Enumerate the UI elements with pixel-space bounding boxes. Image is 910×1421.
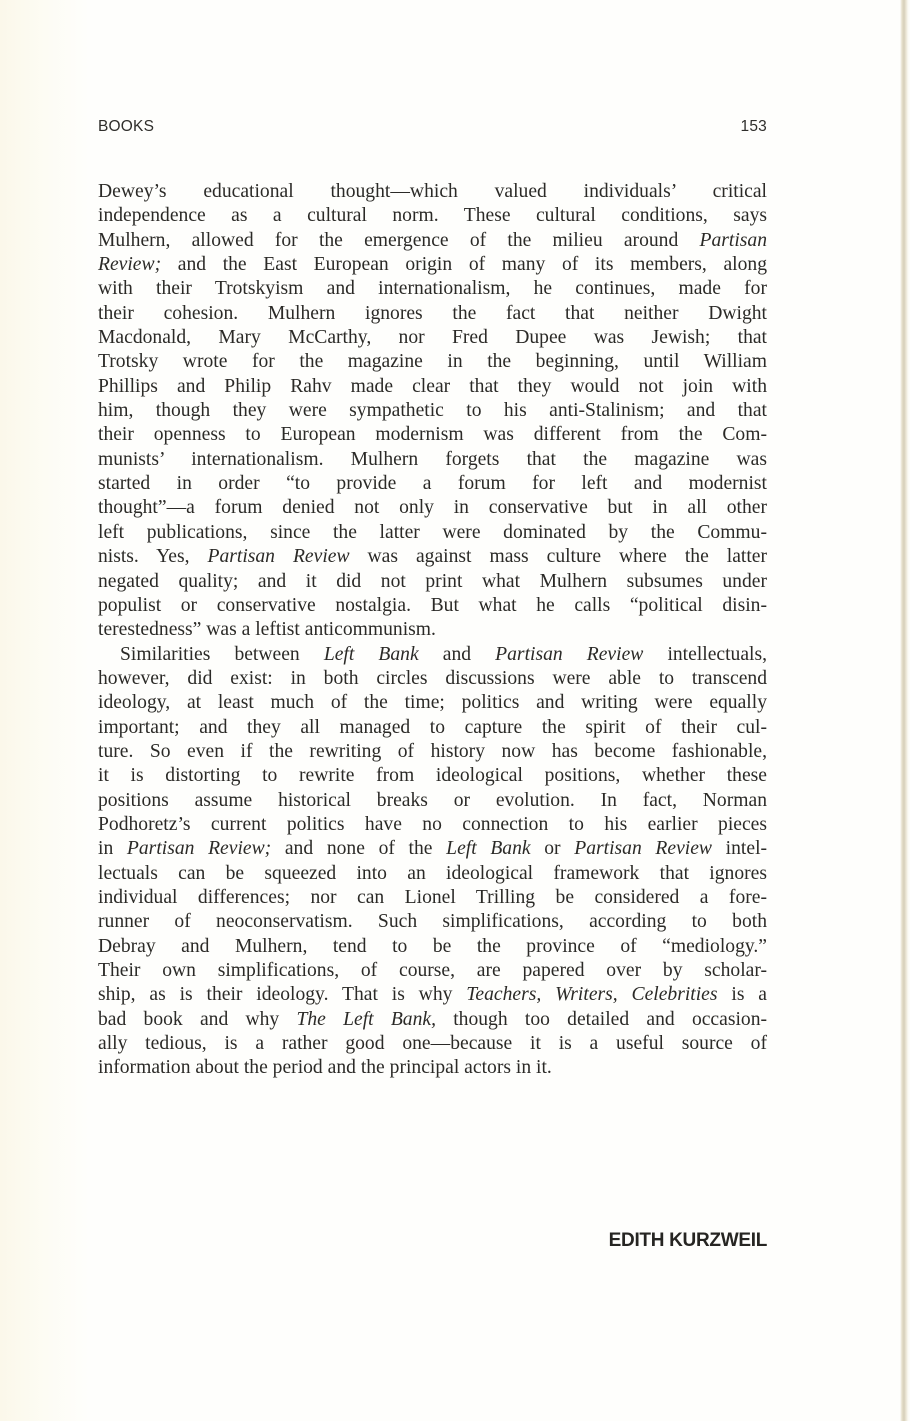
text-line: Their own simplifications, of course, ar…	[98, 959, 767, 983]
page-left-shading	[0, 0, 90, 1421]
italic-title: Partisan Review	[574, 838, 712, 859]
text-line: Debray and Mulhern, tend to be the provi…	[98, 935, 767, 959]
italic-title: Teachers, Writers, Celebrities	[466, 984, 717, 1005]
text-run: lectuals can be squeezed into an ideolog…	[98, 863, 767, 884]
text-run: left publications, since the latter were…	[98, 522, 767, 543]
text-line: Review; and the East European origin of …	[98, 253, 767, 277]
text-line: important; and they all managed to captu…	[98, 716, 767, 740]
text-line: him, though they were sympathetic to his…	[98, 399, 767, 423]
italic-title: Left Bank	[446, 838, 530, 859]
text-line: left publications, since the latter were…	[98, 521, 767, 545]
text-line: negated quality; and it did not print wh…	[98, 570, 767, 594]
text-line: independence as a cultural norm. These c…	[98, 204, 767, 228]
text-line: nists. Yes, Partisan Review was against …	[98, 545, 767, 569]
text-run: with their Trotskyism and internationali…	[98, 278, 767, 299]
text-run: Debray and Mulhern, tend to be the provi…	[98, 936, 767, 957]
section-title: BOOKS	[98, 118, 154, 136]
text-line: individual differences; nor can Lionel T…	[98, 886, 767, 910]
text-line: Phillips and Philip Rahv made clear that…	[98, 375, 767, 399]
text-line: Dewey’s educational thought—which valued…	[98, 180, 767, 204]
text-line: in Partisan Review; and none of the Left…	[98, 837, 767, 861]
text-run: in	[98, 838, 127, 859]
italic-title: Review;	[98, 254, 161, 275]
text-run: ideology, at least much of the time; pol…	[98, 692, 767, 713]
italic-title: Partisan Review;	[127, 838, 271, 859]
text-run: terestedness” was a leftist anticommunis…	[98, 619, 436, 640]
text-run: Trotsky wrote for the magazine in the be…	[98, 351, 767, 372]
book-binding-edge	[900, 0, 910, 1421]
text-run: positions assume historical breaks or ev…	[98, 790, 767, 811]
text-line: their cohesion. Mulhern ignores the fact…	[98, 302, 767, 326]
text-run: ally tedious, is a rather good one—becau…	[98, 1033, 767, 1054]
text-run: populist or conservative nostalgia. But …	[98, 595, 767, 616]
text-line: populist or conservative nostalgia. But …	[98, 594, 767, 618]
text-line: ship, as is their ideology. That is why …	[98, 983, 767, 1007]
italic-title: Left Bank	[324, 644, 419, 665]
text-run: important; and they all managed to captu…	[98, 717, 767, 738]
text-run: started in order “to provide a forum for…	[98, 473, 767, 494]
text-line: it is distorting to rewrite from ideolog…	[98, 764, 767, 788]
text-line: information about the period and the pri…	[98, 1056, 767, 1080]
text-line: bad book and why The Left Bank, though t…	[98, 1008, 767, 1032]
italic-title: Partisan	[700, 230, 768, 251]
italic-title: Partisan Review	[495, 644, 643, 665]
text-run: Podhoretz’s current politics have no con…	[98, 814, 767, 835]
text-line: Podhoretz’s current politics have no con…	[98, 813, 767, 837]
text-run: their cohesion. Mulhern ignores the fact…	[98, 303, 767, 324]
text-line: Mulhern, allowed for the emergence of th…	[98, 229, 767, 253]
text-line: ideology, at least much of the time; pol…	[98, 691, 767, 715]
text-line: started in order “to provide a forum for…	[98, 472, 767, 496]
text-line: thought”—a forum denied not only in cons…	[98, 496, 767, 520]
text-run: it is distorting to rewrite from ideolog…	[98, 765, 767, 786]
text-line: their openness to European modernism was…	[98, 423, 767, 447]
text-line: Macdonald, Mary McCarthy, nor Fred Dupee…	[98, 326, 767, 350]
text-run: however, did exist: in both circles disc…	[98, 668, 767, 689]
text-run: is a	[718, 984, 767, 1005]
text-line: munists’ internationalism. Mulhern forge…	[98, 448, 767, 472]
text-run: and	[419, 644, 496, 665]
italic-title: Partisan Review	[207, 546, 349, 567]
text-run: Mulhern, allowed for the emergence of th…	[98, 230, 700, 251]
text-line: ally tedious, is a rather good one—becau…	[98, 1032, 767, 1056]
text-run: information about the period and the pri…	[98, 1057, 552, 1078]
author-signature: EDITH KURZWEIL	[98, 1230, 767, 1252]
text-run: or	[531, 838, 575, 859]
running-head: BOOKS 153	[98, 118, 767, 136]
text-run: was against mass culture where the latte…	[350, 546, 767, 567]
text-run: individual differences; nor can Lionel T…	[98, 887, 767, 908]
text-run: him, though they were sympathetic to his…	[98, 400, 767, 421]
text-run: ture. So even if the rewriting of histor…	[98, 741, 767, 762]
text-run: runner of neoconservatism. Such simplifi…	[98, 911, 767, 932]
page-number: 153	[741, 118, 767, 136]
text-run: ship, as is their ideology. That is why	[98, 984, 466, 1005]
text-run: Similarities between	[120, 644, 324, 665]
text-run: negated quality; and it did not print wh…	[98, 571, 767, 592]
text-run: Macdonald, Mary McCarthy, nor Fred Dupee…	[98, 327, 767, 348]
text-run: though too detailed and occasion-	[436, 1009, 767, 1030]
paragraph: Similarities between Left Bank and Parti…	[98, 643, 767, 1081]
text-run: independence as a cultural norm. These c…	[98, 205, 767, 226]
italic-title: The Left Bank,	[296, 1009, 436, 1030]
paragraph: Dewey’s educational thought—which valued…	[98, 180, 767, 643]
text-line: with their Trotskyism and internationali…	[98, 277, 767, 301]
text-line: Trotsky wrote for the magazine in the be…	[98, 350, 767, 374]
text-line: runner of neoconservatism. Such simplifi…	[98, 910, 767, 934]
text-line: Similarities between Left Bank and Parti…	[98, 643, 767, 667]
text-run: thought”—a forum denied not only in cons…	[98, 497, 767, 518]
review-body-text: Dewey’s educational thought—which valued…	[98, 180, 767, 1081]
text-run: intel-	[712, 838, 767, 859]
text-run: Phillips and Philip Rahv made clear that…	[98, 376, 767, 397]
text-run: and the East European origin of many of …	[161, 254, 767, 275]
text-run: Dewey’s educational thought—which valued…	[98, 181, 767, 202]
text-run: nists. Yes,	[98, 546, 207, 567]
text-run: bad book and why	[98, 1009, 296, 1030]
text-line: terestedness” was a leftist anticommunis…	[98, 618, 767, 642]
text-run: and none of the	[271, 838, 446, 859]
text-run: munists’ internationalism. Mulhern forge…	[98, 449, 767, 470]
text-line: however, did exist: in both circles disc…	[98, 667, 767, 691]
text-run: intellectuals,	[643, 644, 767, 665]
text-line: ture. So even if the rewriting of histor…	[98, 740, 767, 764]
text-line: lectuals can be squeezed into an ideolog…	[98, 862, 767, 886]
text-run: Their own simplifications, of course, ar…	[98, 960, 767, 981]
text-run: their openness to European modernism was…	[98, 424, 767, 445]
text-line: positions assume historical breaks or ev…	[98, 789, 767, 813]
